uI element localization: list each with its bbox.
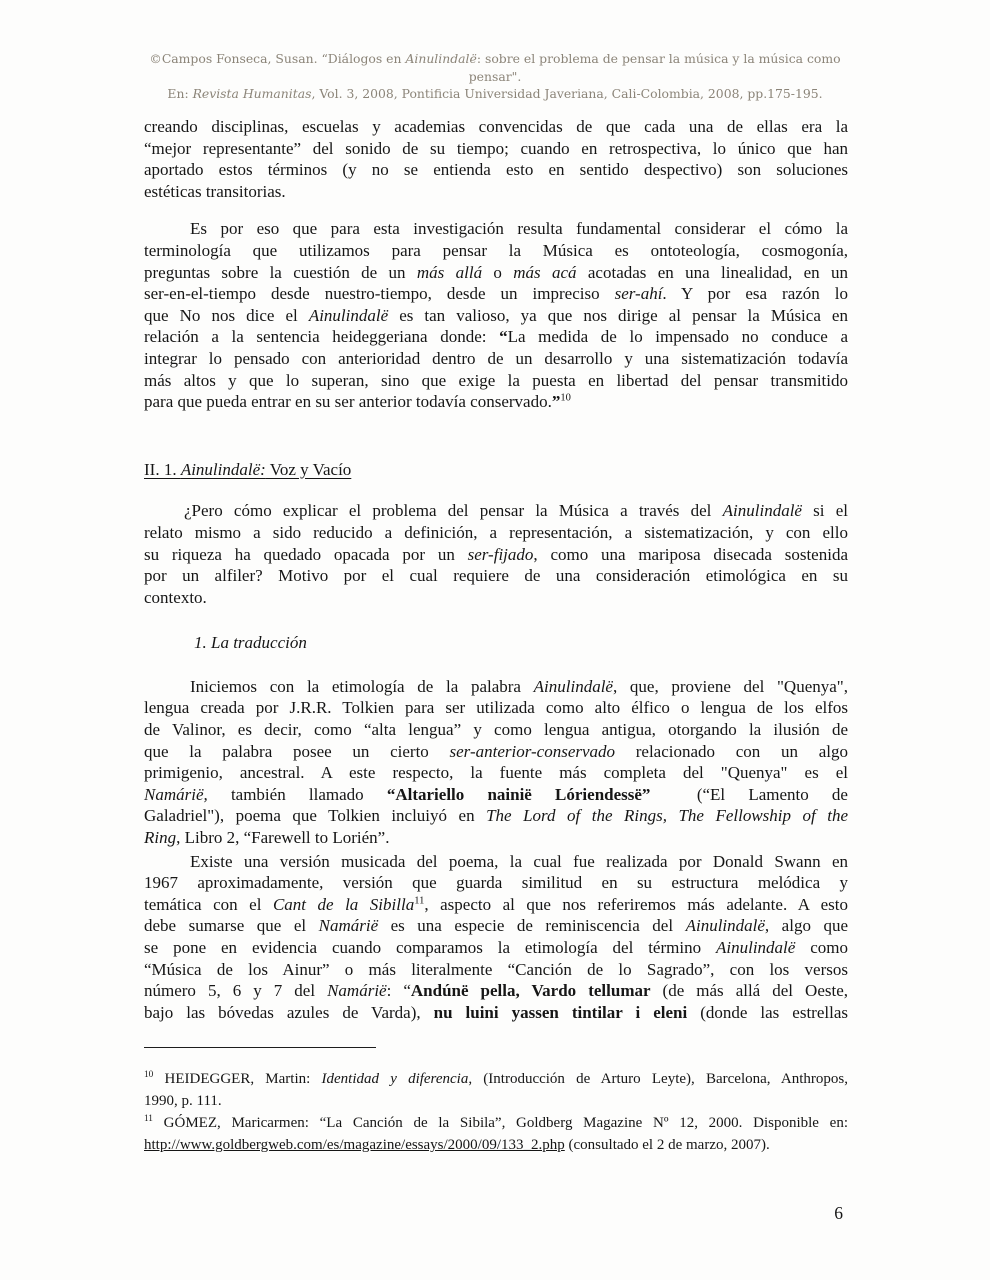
footnote-ref: 11 (414, 895, 424, 906)
text-line: más altos y que lo superan, sino que exi… (144, 370, 848, 392)
text-segment: En: (167, 86, 192, 101)
text-segment: es una especie de reminiscencia del (378, 916, 685, 935)
paragraph: Iniciemos con la etimología de la palabr… (144, 676, 848, 849)
text-line: que la palabra posee un cierto ser-anter… (144, 741, 848, 763)
text-segment: , que, proviene del "Quenya", (613, 677, 848, 696)
text-segment: Cant de la Sibilla (273, 895, 414, 914)
text-segment: , Libro 2, “Farewell to Lorién”. (176, 828, 389, 847)
document-page: ©Campos Fonseca, Susan. “Diálogos en Ain… (0, 0, 990, 1280)
text-segment: creando disciplinas, escuelas y academia… (144, 117, 848, 136)
text-segment: si el (802, 501, 848, 520)
text-segment: (“El Lamento de (650, 785, 848, 804)
document-body: creando disciplinas, escuelas y academia… (144, 114, 848, 1156)
text-segment: Identidad y diferencia (322, 1071, 469, 1087)
text-segment: Revista Humanitas (193, 86, 312, 101)
text-segment: : sobre el problema de pensar la música … (469, 51, 841, 84)
text-segment: , (Introducción de Arturo Leyte), Barcel… (468, 1071, 848, 1087)
text-segment: más allá (417, 263, 482, 282)
footnote: 11 GÓMEZ, Maricarmen: “La Canción de la … (144, 1112, 848, 1156)
text-segment: Ring (144, 828, 176, 847)
text-segment: The Lord of the Rings, The Fellowship of… (486, 806, 848, 825)
text-segment: : “ (387, 981, 411, 1000)
text-segment: , algo que (765, 916, 848, 935)
paragraph: ¿Pero cómo explicar el problema del pens… (144, 500, 848, 608)
text-segment: relacionado con un algo (615, 742, 848, 761)
text-line: estéticas transitorias. (144, 181, 848, 203)
text-segment: ser-fijado (468, 545, 534, 564)
text-segment: Ainulindalë (723, 501, 802, 520)
text-line: terminología que utilizamos para pensar … (144, 240, 848, 262)
text-segment: temática con el (144, 895, 273, 914)
text-line: relato mismo a sido reducido a definició… (144, 522, 848, 544)
text-line: relación a la sentencia heideggeriana do… (144, 326, 848, 348)
text-segment: Ainulindalë (716, 938, 795, 957)
text-line: su riqueza ha quedado opacada por un ser… (144, 544, 848, 566)
text-line: 10 HEIDEGGER, Martin: Identidad y difere… (144, 1068, 848, 1090)
text-line: aportado estos términos (y no se entiend… (144, 159, 848, 181)
text-segment: su riqueza ha quedado opacada por un (144, 545, 468, 564)
section-heading: II. 1. Ainulindalë: Voz y Vacío (144, 459, 848, 481)
text-segment: de Valinor, es decir, como “alta lengua”… (144, 720, 848, 739)
text-segment: “Altariello nainië Lóriendessë” (387, 785, 651, 804)
text-segment: número 5, 6 y 7 del (144, 981, 327, 1000)
text-line: ¿Pero cómo explicar el problema del pens… (144, 500, 848, 522)
text-segment: se pone en evidencia cuando comparamos l… (144, 938, 716, 957)
text-segment: preguntas sobre la cuestión de un (144, 263, 417, 282)
text-segment: lengua creada por J.R.R. Tolkien para se… (144, 698, 848, 717)
text-segment: Iniciemos con la etimología de la palabr… (190, 677, 534, 696)
text-segment: (consultado el 2 de marzo, 2007). (565, 1137, 770, 1153)
text-segment: Voz y Vacío (266, 460, 351, 479)
text-segment: Namárië (327, 981, 387, 1000)
text-segment: , Vol. 3, 2008, Pontificia Universidad J… (311, 86, 822, 101)
text-segment: bajo las bóvedas azules de Varda), (144, 1003, 434, 1022)
page-number: 6 (834, 1203, 843, 1224)
text-line: Galadriel"), poema que Tolkien incluiyó … (144, 805, 848, 827)
text-segment: Ainulindalë (686, 916, 765, 935)
text-line: 1. La traducción (144, 632, 848, 654)
text-line: 1967 aproximadamente, versión que guarda… (144, 872, 848, 894)
text-segment: Goldberg Magazine Nº 12, 2000. Disponibl… (505, 1115, 848, 1131)
text-segment: relato mismo a sido reducido a definició… (144, 523, 848, 542)
text-segment: relación a la sentencia heideggeriana do… (144, 327, 499, 346)
text-segment: Existe una versión musicada del poema, l… (190, 852, 848, 871)
text-segment: debe sumarse que el (144, 916, 319, 935)
text-segment: integrar lo pensado con anterioridad den… (144, 349, 848, 368)
text-segment: ©Campos Fonseca, Susan. “Diálogos en (149, 51, 405, 66)
text-segment: por un alfiler? Motivo por el cual requi… (144, 566, 848, 585)
text-segment: que No nos dice el (144, 306, 309, 325)
text-segment: o (482, 263, 513, 282)
text-line: Existe una versión musicada del poema, l… (144, 851, 848, 873)
text-line: por un alfiler? Motivo por el cual requi… (144, 565, 848, 587)
text-line: contexto. (144, 587, 848, 609)
text-segment: más acá (513, 263, 576, 282)
text-segment: HEIDEGGER, Martin: (153, 1071, 321, 1087)
paragraph-continuation: creando disciplinas, escuelas y academia… (144, 116, 848, 202)
text-segment: ¿Pero cómo explicar el problema del pens… (184, 501, 723, 520)
citation-line-2: En: Revista Humanitas, Vol. 3, 2008, Pon… (143, 85, 847, 103)
text-line: de Valinor, es decir, como “alta lengua”… (144, 719, 848, 741)
text-segment: Ainulindalë (534, 677, 613, 696)
text-segment: ser-ahí (615, 284, 663, 303)
text-segment: primigenio, ancestral. A este respecto, … (144, 763, 848, 782)
text-segment: (donde las estrellas (687, 1003, 848, 1022)
text-segment: . Y por esa razón lo (662, 284, 848, 303)
text-line: Es por eso que para esta investigación r… (144, 218, 848, 240)
text-segment: terminología que utilizamos para pensar … (144, 241, 848, 260)
text-segment: Namárië (319, 916, 379, 935)
footnote-ref: 11 (144, 1114, 153, 1124)
text-line: integrar lo pensado con anterioridad den… (144, 348, 848, 370)
text-line: bajo las bóvedas azules de Varda), nu lu… (144, 1002, 848, 1024)
text-segment: (de más allá del Oeste, (651, 981, 848, 1000)
text-line: debe sumarse que el Namárië es una espec… (144, 915, 848, 937)
text-segment: nu luini yassen tintilar i eleni (434, 1003, 688, 1022)
text-segment: II. 1. (144, 460, 181, 479)
text-line: para que pueda entrar en su ser anterior… (144, 391, 848, 413)
text-segment: es tan valioso, ya que nos dirige al pen… (388, 306, 848, 325)
paragraph: Existe una versión musicada del poema, l… (144, 851, 848, 1024)
text-segment: Es por eso que para esta investigación r… (190, 219, 848, 238)
text-segment: Ainulindalë: (181, 460, 266, 479)
text-segment: , como una mariposa disecada sostenida (533, 545, 848, 564)
citation-header: ©Campos Fonseca, Susan. “Diálogos en Ain… (143, 50, 847, 103)
text-line: “Música de los Ainur” o más literalmente… (144, 959, 848, 981)
text-segment: acotadas en una linealidad, en un (577, 263, 848, 282)
text-segment: Ainulindalë (309, 306, 388, 325)
text-segment: aportado estos términos (y no se entiend… (144, 160, 848, 179)
text-segment: Namárië, (144, 785, 208, 804)
citation-line-1: ©Campos Fonseca, Susan. “Diálogos en Ain… (143, 50, 847, 85)
subsection-heading: 1. La traducción (144, 632, 848, 654)
text-segment: que la palabra posee un cierto (144, 742, 450, 761)
footnote-url-link[interactable]: http://www.goldbergweb.com/es/magazine/e… (144, 1137, 565, 1153)
text-line: primigenio, ancestral. A este respecto, … (144, 762, 848, 784)
text-line: Iniciemos con la etimología de la palabr… (144, 676, 848, 698)
text-segment: “mejor representante” del sonido de su t… (144, 139, 848, 158)
text-segment: también llamado (208, 785, 387, 804)
text-line: ser-en-el-tiempo desde nuestro-tiempo, d… (144, 283, 848, 305)
text-line: número 5, 6 y 7 del Namárië: “Andúnë pel… (144, 980, 848, 1002)
text-segment: más altos y que lo superan, sino que exi… (144, 371, 848, 390)
text-line: 11 GÓMEZ, Maricarmen: “La Canción de la … (144, 1112, 848, 1134)
text-line: Namárië, también llamado “Altariello nai… (144, 784, 848, 806)
text-segment: para que pueda entrar en su ser anterior… (144, 392, 552, 411)
text-segment: , aspecto al que nos referiremos más ade… (424, 895, 848, 914)
paragraph: Es por eso que para esta investigación r… (144, 218, 848, 412)
text-segment: Andúnë pella, Vardo tellumar (411, 981, 651, 1000)
text-line: temática con el Cant de la Sibilla11, as… (144, 894, 848, 916)
text-line: http://www.goldbergweb.com/es/magazine/e… (144, 1134, 848, 1156)
text-segment: 1967 aproximadamente, versión que guarda… (144, 873, 848, 892)
text-segment: contexto. (144, 588, 207, 607)
footnote-ref: 10 (560, 392, 571, 403)
text-segment: ser-en-el-tiempo desde nuestro-tiempo, d… (144, 284, 615, 303)
text-line: 1990, p. 111. (144, 1090, 848, 1112)
text-line: II. 1. Ainulindalë: Voz y Vacío (144, 459, 848, 481)
text-segment: 1990, p. 111. (144, 1093, 222, 1109)
text-segment: estéticas transitorias. (144, 182, 286, 201)
text-line: lengua creada por J.R.R. Tolkien para se… (144, 697, 848, 719)
text-segment: ser-anterior-conservado (450, 742, 616, 761)
text-line: preguntas sobre la cuestión de un más al… (144, 262, 848, 284)
text-segment: Galadriel"), poema que Tolkien incluiyó … (144, 806, 486, 825)
text-line: Ring, Libro 2, “Farewell to Lorién”. (144, 827, 848, 849)
text-line: se pone en evidencia cuando comparamos l… (144, 937, 848, 959)
footnote-ref: 10 (144, 1070, 153, 1080)
footnote-separator (144, 1047, 376, 1048)
text-segment: “Música de los Ainur” o más literalmente… (144, 960, 848, 979)
text-segment: “ (499, 327, 508, 346)
text-line: “mejor representante” del sonido de su t… (144, 138, 848, 160)
text-segment: 1. La traducción (194, 633, 307, 652)
text-segment: GÓMEZ, Maricarmen: “La Canción de la Sib… (153, 1115, 502, 1131)
text-line: que No nos dice el Ainulindalë es tan va… (144, 305, 848, 327)
text-line: creando disciplinas, escuelas y academia… (144, 116, 848, 138)
text-segment: Ainulindalë (405, 51, 476, 66)
text-segment: La medida de lo impensado no conduce a (508, 327, 848, 346)
footnote: 10 HEIDEGGER, Martin: Identidad y difere… (144, 1068, 848, 1112)
text-segment: como (795, 938, 848, 957)
